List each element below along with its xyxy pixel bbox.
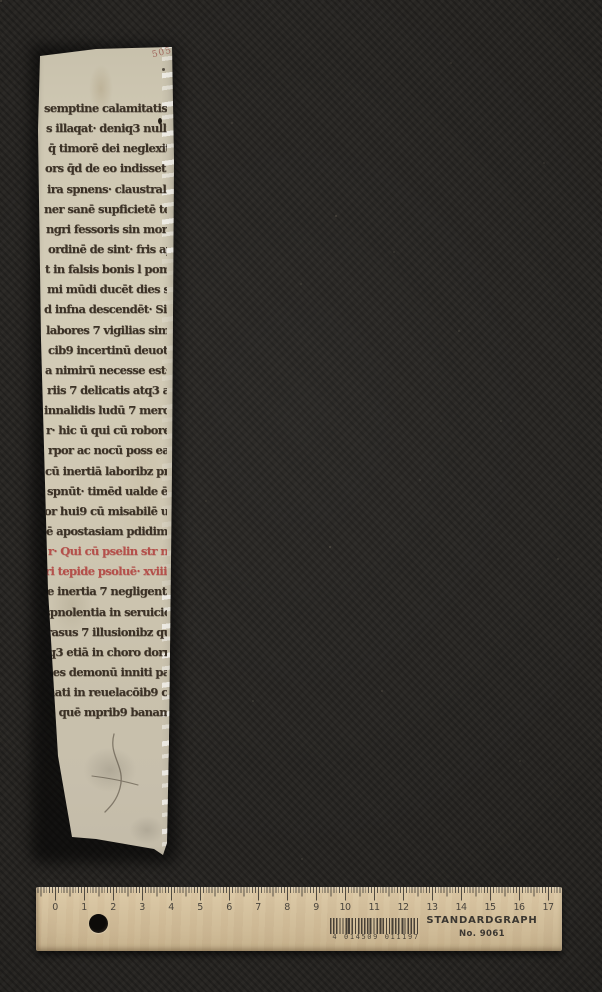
ruler-brand-block: STANDARDGRAPH No. 9061 [418, 915, 546, 939]
manuscript-text-line: d infna descendēt· Sic g [44, 299, 167, 319]
ruler-number: 17 [540, 902, 556, 913]
ruler-number: 0 [47, 902, 63, 913]
manuscript-text-line: rasus 7 illusionibz quas [46, 622, 167, 642]
manuscript-text-line: spnolentia in seruicio dei [44, 602, 167, 622]
manuscript-text-line: mi mūdi ducēt dies suos· [47, 279, 167, 299]
manuscript-text-line: ū· quē mprib9 banamme [44, 702, 167, 722]
model-number: No. 9061 [418, 929, 546, 939]
ruler-number: 6 [221, 902, 237, 913]
ruler-number: 7 [250, 902, 266, 913]
manuscript-text-line: cib9 incertinū deuotōis [48, 340, 167, 360]
manuscript-text-line: q̄ timorē dei neglexit· nul [48, 138, 167, 158]
ruler-number: 5 [192, 902, 208, 913]
manuscript-text-line: t in falsis bonis l pomis [45, 259, 167, 279]
barcode-digits: 4 014509 011197 [326, 933, 426, 941]
manuscript-text-line: innalidis ludū 7 merore [44, 400, 167, 420]
manuscript-text-line: ri tepide psoluē· xviii [45, 561, 167, 581]
manuscript-text-line: nati in reuelacōib9 cuidā [47, 682, 167, 702]
ruler-number: 10 [337, 902, 353, 913]
dust-speckles [0, 0, 2, 2]
ruler-number: 8 [279, 902, 295, 913]
manuscript-text-line: semptine calamitatis [44, 98, 167, 118]
ruler-number: 14 [453, 902, 469, 913]
manuscript-text-line: cū inertiā laboribz pro deo [45, 461, 167, 481]
manuscript-text-line: or hui9 cū misabilē uitā· [44, 501, 167, 521]
manuscript-lines: semptine calamitatiss illaqat· deniq3 nu… [44, 98, 167, 722]
ruler-ticks [36, 887, 562, 902]
ruler-number: 2 [105, 902, 121, 913]
brand-name: STANDARDGRAPH [418, 915, 546, 926]
manuscript-text-line: e inertia 7 negligentia [47, 581, 167, 601]
manuscript-text-line: ē apostasiam pdidimus· [46, 521, 167, 541]
ruler-hole [89, 914, 108, 933]
ruler: 01234567891011121314151617 4 014509 0111… [36, 887, 562, 951]
manuscript-text-line: ira spnens· claustral disfr [47, 179, 167, 199]
manuscript-text-line: rpor ac nocū poss eaūt· p [48, 440, 167, 460]
photo-background: 505 semptine calamitatiss illaqat· deniq… [0, 0, 602, 992]
manuscript-text-line: nes demonū inniti patifi [45, 662, 167, 682]
ruler-number: 12 [395, 902, 411, 913]
corner-mark: 505 [151, 46, 173, 61]
pen-flourish [84, 728, 154, 818]
manuscript-text-line: riis 7 delicatis atq3 ad ar [47, 380, 167, 400]
ruler-number: 16 [511, 902, 527, 913]
manuscript-text-line: ngri fessoris sin mortifi [46, 219, 167, 239]
manuscript-text-line: r· Qui cū pselin str negli [48, 541, 167, 561]
ruler-number: 13 [424, 902, 440, 913]
manuscript-fragment: 505 semptine calamitatiss illaqat· deniq… [36, 40, 176, 860]
manuscript-text-line: ors q̄d de eo indisset imi [45, 158, 167, 178]
manuscript-text-line: ordinē de sint· fris apos [48, 239, 167, 259]
wormhole-fleck [162, 68, 165, 71]
ruler-number: 1 [76, 902, 92, 913]
manuscript-text-line: r· hic ū qui cū robore ua [46, 420, 167, 440]
manuscript-text-line: spnūt· timēd ualde ē ne [47, 481, 167, 501]
ruler-number: 11 [366, 902, 382, 913]
manuscript-text-line: a nimirū necesse est· ut [45, 360, 167, 380]
manuscript-text-line: q3 etiā in choro dormien [48, 642, 167, 662]
ruler-number: 9 [308, 902, 324, 913]
manuscript-text-line: ner sanē supficietē tenē [44, 199, 167, 219]
ruler-number: 15 [482, 902, 498, 913]
barcode [330, 918, 419, 934]
ruler-number: 4 [163, 902, 179, 913]
manuscript-text-line: s illaqat· deniq3 null9 coe [46, 118, 167, 138]
manuscript-text-line: labores 7 vigilias simul [46, 320, 167, 340]
ruler-number: 3 [134, 902, 150, 913]
